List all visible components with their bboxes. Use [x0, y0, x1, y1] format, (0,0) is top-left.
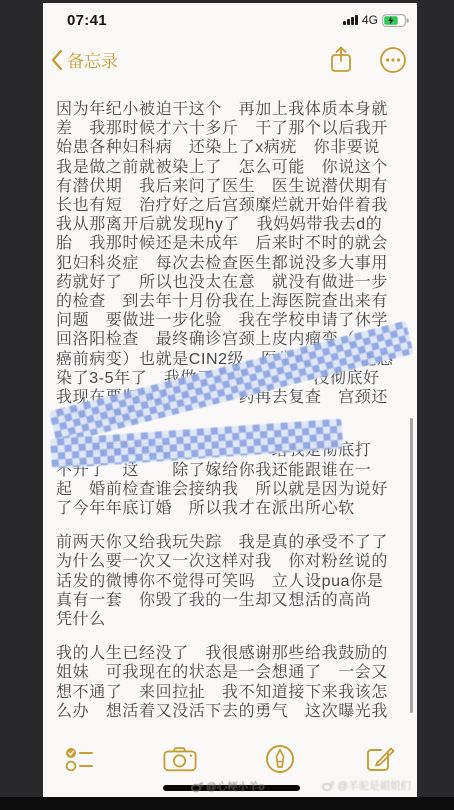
- back-button-label: 备忘录: [67, 47, 118, 72]
- note-line: 姐妹 可我现在的状态是一会想通了 一会又: [56, 663, 408, 682]
- note-line: 犯妇科炎症 每次去检查医生都说没多大事用: [56, 254, 408, 273]
- photo-letterbox: [0, 797, 454, 810]
- share-icon[interactable]: [329, 45, 353, 75]
- note-line: 我从那离开后就发现hy了 我妈妈带我去d的: [56, 215, 408, 234]
- note-line: 话发的微博你不觉得可笑吗 立人设pua你是: [56, 572, 408, 591]
- note-line: 差 我那时候才六十多斤 干了那个以后我开: [56, 119, 408, 138]
- cellular-signal-icon: [343, 15, 358, 25]
- markup-icon[interactable]: [263, 743, 297, 775]
- chevron-left-icon: [51, 49, 63, 71]
- note-line: 问题 要做进一步化验 我在学校申请了休学: [56, 311, 408, 330]
- note-line: 真有一套 你毁了我的一生却又想活的高尚: [56, 591, 408, 610]
- note-line: 么办 想活着又没活下去的勇气 这次曝光我: [56, 702, 408, 721]
- note-line: 我的人生已经没了 我很感谢那些给我鼓励的: [56, 644, 408, 663]
- watermark-right: @羊驼是姐姐们: [322, 778, 411, 793]
- clock: 07:41: [67, 12, 107, 29]
- note-line: 想不通了 来回拉扯 我不知道接下来我该怎: [56, 683, 408, 702]
- note-line: 长也有短 治疗好之后宫颈糜烂就开始伴着我: [56, 196, 408, 215]
- scrollbar[interactable]: [410, 418, 413, 713]
- note-line: 的检查 到去年十月份我在上海医院查出来有: [56, 292, 408, 311]
- weibo-logo-icon: [322, 780, 335, 791]
- status-bar: 07:41 4G: [43, 9, 417, 33]
- watermark-right-text: @羊驼是姐姐们: [337, 778, 411, 793]
- note-line: 我是做之前就被染上了 怎么可能 你说这个: [56, 158, 408, 177]
- note-line: 有潜伏期 我后来问了医生 医生说潜伏期有: [56, 177, 408, 196]
- note-line: 前两天你又给我玩失踪 我是真的承受不了了: [56, 533, 408, 552]
- checklist-icon[interactable]: [63, 743, 97, 775]
- camera-icon[interactable]: [163, 743, 197, 775]
- battery-charging-icon: [382, 14, 409, 27]
- network-type-label: 4G: [362, 13, 378, 27]
- nav-bar: 备忘录: [43, 45, 417, 81]
- compose-icon[interactable]: [363, 743, 397, 775]
- note-line: 为什么要一次又一次这样对我 你对粉丝说的: [56, 552, 408, 571]
- weibo-logo-icon: [191, 781, 204, 792]
- note-paragraph: 前两天你又给我玩失踪 我是真的承受不了了为什么要一次又一次这样对我 你对粉丝说的…: [56, 533, 408, 629]
- back-button[interactable]: 备忘录: [51, 47, 118, 72]
- note-line: 始患各种妇科病 还染上了x病疣 你非要说: [56, 138, 408, 157]
- notes-app-screenshot: 07:41 4G 备忘录: [43, 3, 417, 797]
- note-paragraph: 我的人生已经没了 我很感谢那些给我鼓励的姐妹 可我现在的状态是一会想通了 一会又…: [56, 644, 408, 721]
- note-line: 胎 我那时候还是未成年 后来时不时的就会: [56, 234, 408, 253]
- note-line: 了今年年底订婚 所以我才在派出所心软: [56, 499, 408, 518]
- ellipsis-icon[interactable]: [379, 46, 407, 74]
- notes-toolbar: [43, 743, 417, 775]
- watermark-center: @心梗小羊o: [191, 779, 265, 794]
- note-line: 因为年纪小被迫干这个 再加上我体质本身就: [56, 100, 408, 119]
- note-line: 凭什么: [56, 610, 408, 629]
- note-line: 药就好了 所以也没太在意 就没有做进一步: [56, 273, 408, 292]
- note-line: 起 婚前检查谁会接纳我 所以就是因为说好: [56, 480, 408, 499]
- watermark-center-text: @心梗小羊o: [206, 779, 265, 794]
